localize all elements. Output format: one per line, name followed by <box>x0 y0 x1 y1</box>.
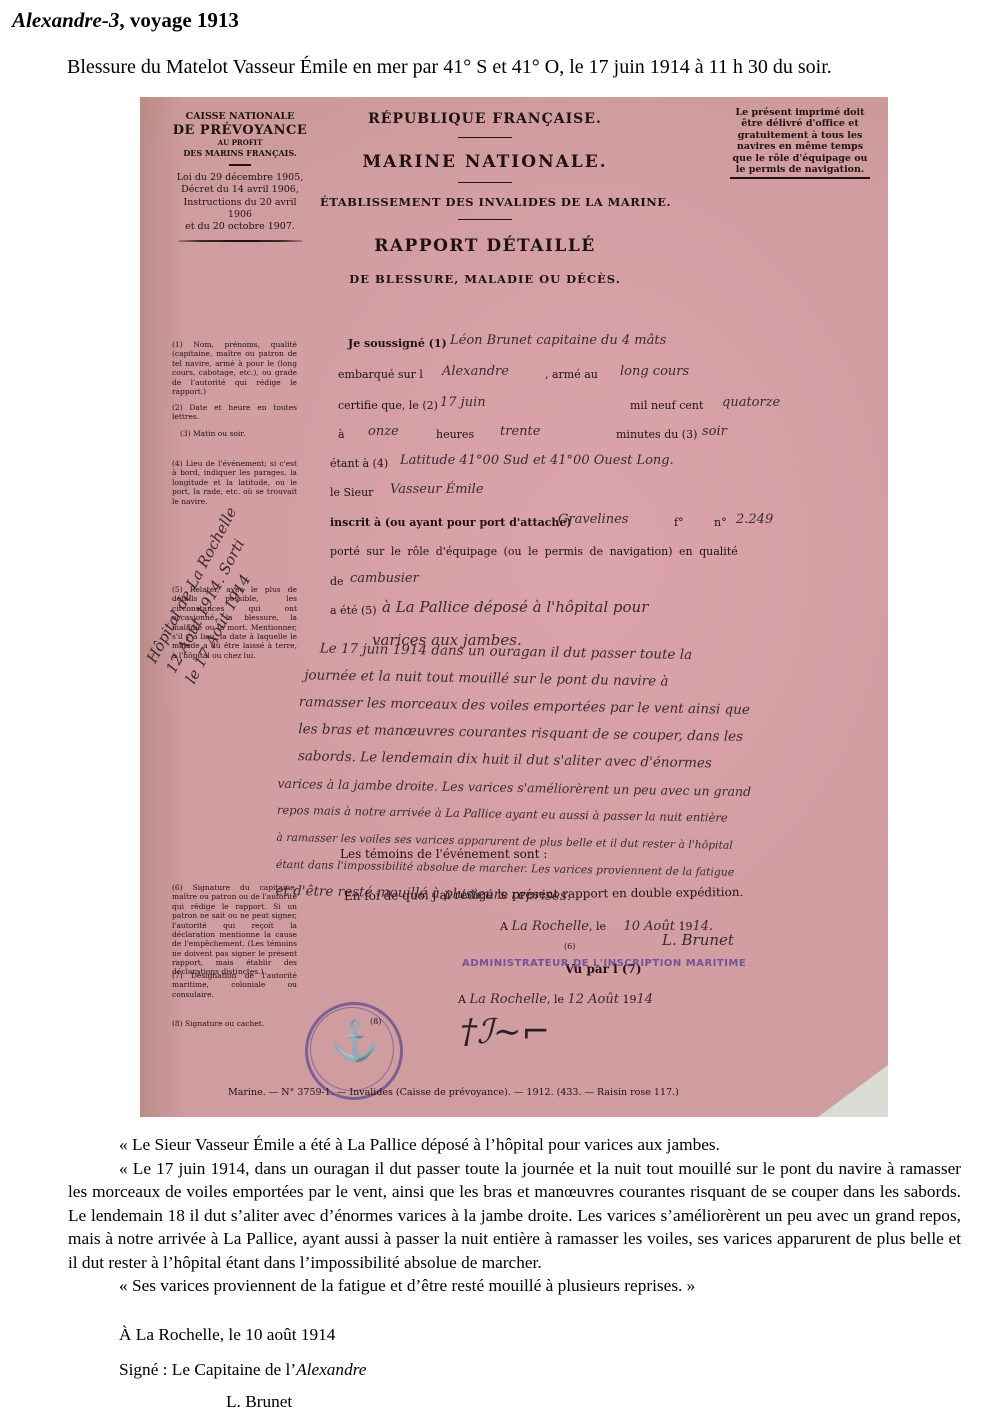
ete-label: a été (5) <box>330 604 377 617</box>
signed-ship: Alexandre <box>296 1360 366 1379</box>
notice-box: Le présent imprimé doit être délivré d'o… <box>730 107 870 179</box>
vu-year-value: 14 <box>636 992 653 1007</box>
form-heading: RÉPUBLIQUE FRANÇAISE. MARINE NATIONALE. … <box>320 111 650 286</box>
administrator-signature-scribble: †ℐ∼⌐ <box>460 1012 550 1052</box>
divider <box>458 137 512 138</box>
numero-label: n° <box>714 516 727 529</box>
soussigne-field: Je soussigné (1) <box>348 337 447 350</box>
etablissement-heading: ÉTABLISSEMENT DES INVALIDES DE LA MARINE… <box>320 195 650 209</box>
place-prefix: A <box>500 920 508 933</box>
signed-prefix: Signé : Le Capitaine de l’ <box>119 1360 296 1379</box>
transcription-paragraph-3: « Ses varices proviennent de la fatigue … <box>68 1274 961 1298</box>
sig-note-6: (6) <box>564 942 575 951</box>
rapport-heading: RAPPORT DÉTAILLÉ <box>320 236 650 256</box>
sieur-label: le Sieur <box>330 486 373 499</box>
notice-text: Le présent imprimé doit être délivré d'o… <box>730 107 870 175</box>
porte-label: porté sur le rôle d'équipage (ou le perm… <box>330 545 738 558</box>
footnote-8: (8) Signature ou cachet. <box>172 1019 297 1028</box>
footnote-3: (3) Matin ou soir. <box>180 429 305 438</box>
soir-value: soir <box>702 424 727 439</box>
sieur-value: Vasseur Émile <box>390 482 484 497</box>
de-label: de <box>330 575 344 588</box>
law-line3: Instructions du 20 avril 1906 <box>170 197 310 222</box>
transcription-place-date: À La Rochelle, le 10 août 1914 <box>119 1325 335 1345</box>
law-line2: Décret du 14 avril 1906, <box>170 184 310 196</box>
certifie-label: certifie que, le (2) <box>338 399 438 412</box>
administrator-stamp: ADMINISTRATEUR DE L'INSCRIPTION MARITIME <box>462 958 746 969</box>
document-subtitle: Blessure du Matelot Vasseur Émile en mer… <box>67 56 832 79</box>
transcription-paragraph-2: « Le 17 juin 1914, dans un ouragan il du… <box>68 1157 961 1275</box>
form-footer: Marine. — N° 3759-1. — Invalides (Caisse… <box>228 1087 679 1098</box>
place-value: La Rochelle <box>511 919 589 934</box>
field-label: Je soussigné (1) <box>348 337 447 350</box>
etant-value: Latitude 41°00 Sud et 41°00 Ouest Long. <box>400 453 674 468</box>
divider <box>458 182 512 183</box>
footnote-2: (2) Date et heure en toutes lettres. <box>172 403 297 422</box>
ete-value-1: à La Pallice déposé à l'hôpital pour <box>382 598 648 616</box>
caisse-line4: DES MARINS FRANÇAIS. <box>170 148 310 158</box>
etant-label: étant à (4) <box>330 457 388 470</box>
narrative-handwriting: Le 17 juin 1914 dans un ouragan il dut p… <box>285 635 753 913</box>
vu-date-value: 12 Août <box>567 992 619 1007</box>
divider <box>730 177 870 179</box>
mil-value: quatorze <box>722 395 780 410</box>
footnote-1: (1) Nom, prénoms, qualité (capitaine, ma… <box>172 340 297 396</box>
document-title: Alexandre-3, voyage 1913 <box>12 8 239 33</box>
divider <box>229 164 251 166</box>
soussigne-value: Léon Brunet capitaine du 4 mâts <box>450 333 666 348</box>
footnote-7: (7) Désignation de l'autorité maritime, … <box>172 971 297 999</box>
heures-label: heures <box>436 428 474 441</box>
form-photograph: CAISSE NATIONALE DE PRÉVOYANCE AU PROFIT… <box>140 97 888 1117</box>
divider <box>458 219 512 220</box>
vu-place-value: La Rochelle <box>469 992 547 1007</box>
a-label: à <box>338 428 345 441</box>
qualite-value: cambusier <box>350 571 419 586</box>
rapport-subheading: DE BLESSURE, MALADIE OU DÉCÈS. <box>320 272 650 286</box>
caisse-block: CAISSE NATIONALE DE PRÉVOYANCE AU PROFIT… <box>170 111 310 242</box>
embarque-value: Alexandre <box>442 364 509 379</box>
caisse-line3: AU PROFIT <box>170 139 310 148</box>
captain-signature: L. Brunet <box>662 931 734 949</box>
temoins-label: Les témoins de l'événement sont : <box>340 847 547 861</box>
anchor-icon: ⚓ <box>330 1017 380 1064</box>
voyage-label: , voyage 1913 <box>119 8 239 32</box>
transcription: « Le Sieur Vasseur Émile a été à La Pall… <box>68 1133 961 1298</box>
folio-label: f° <box>674 516 684 529</box>
mil-label: mil neuf cent <box>630 399 703 412</box>
vu-year-prefix: 19 <box>622 993 636 1006</box>
caisse-line2: DE PRÉVOYANCE <box>170 123 310 139</box>
caisse-line1: CAISSE NATIONALE <box>170 111 310 123</box>
transcription-paragraph-1: « Le Sieur Vasseur Émile a été à La Pall… <box>68 1133 961 1157</box>
transcription-signed: Signé : Le Capitaine de l’Alexandre <box>119 1360 366 1380</box>
law-line1: Loi du 29 décembre 1905, <box>170 172 310 184</box>
arme-value: long cours <box>620 364 689 379</box>
law-line4: et du 20 octobre 1907. <box>170 221 310 233</box>
embarque-label: embarqué sur l <box>338 368 423 381</box>
heures-value: onze <box>368 424 399 439</box>
place-le: , le <box>589 920 606 933</box>
vu-place-prefix: A <box>458 993 466 1006</box>
vu-date-le: , le <box>547 993 564 1006</box>
minutes-value: trente <box>500 424 540 439</box>
divider <box>178 240 303 242</box>
certifie-value: 17 juin <box>440 395 486 410</box>
folded-corner <box>818 1065 888 1117</box>
numero-value: 2.249 <box>736 512 773 527</box>
minutes-label: minutes du (3) <box>616 428 697 441</box>
ship-name: Alexandre-3 <box>12 8 119 32</box>
inscrit-value: Gravelines <box>558 512 628 527</box>
transcription-signer: L. Brunet <box>226 1392 292 1412</box>
marine-heading: MARINE NATIONALE. <box>320 152 650 172</box>
vu-place-line: A La Rochelle, le 12 Août 1914 <box>458 992 653 1007</box>
inscrit-label: inscrit à (ou ayant pour port d'attache) <box>330 516 572 529</box>
arme-label: , armé au <box>545 368 598 381</box>
footnote-4: (4) Lieu de l'événement; si c'est à bord… <box>172 459 297 506</box>
republique-heading: RÉPUBLIQUE FRANÇAISE. <box>320 111 650 127</box>
